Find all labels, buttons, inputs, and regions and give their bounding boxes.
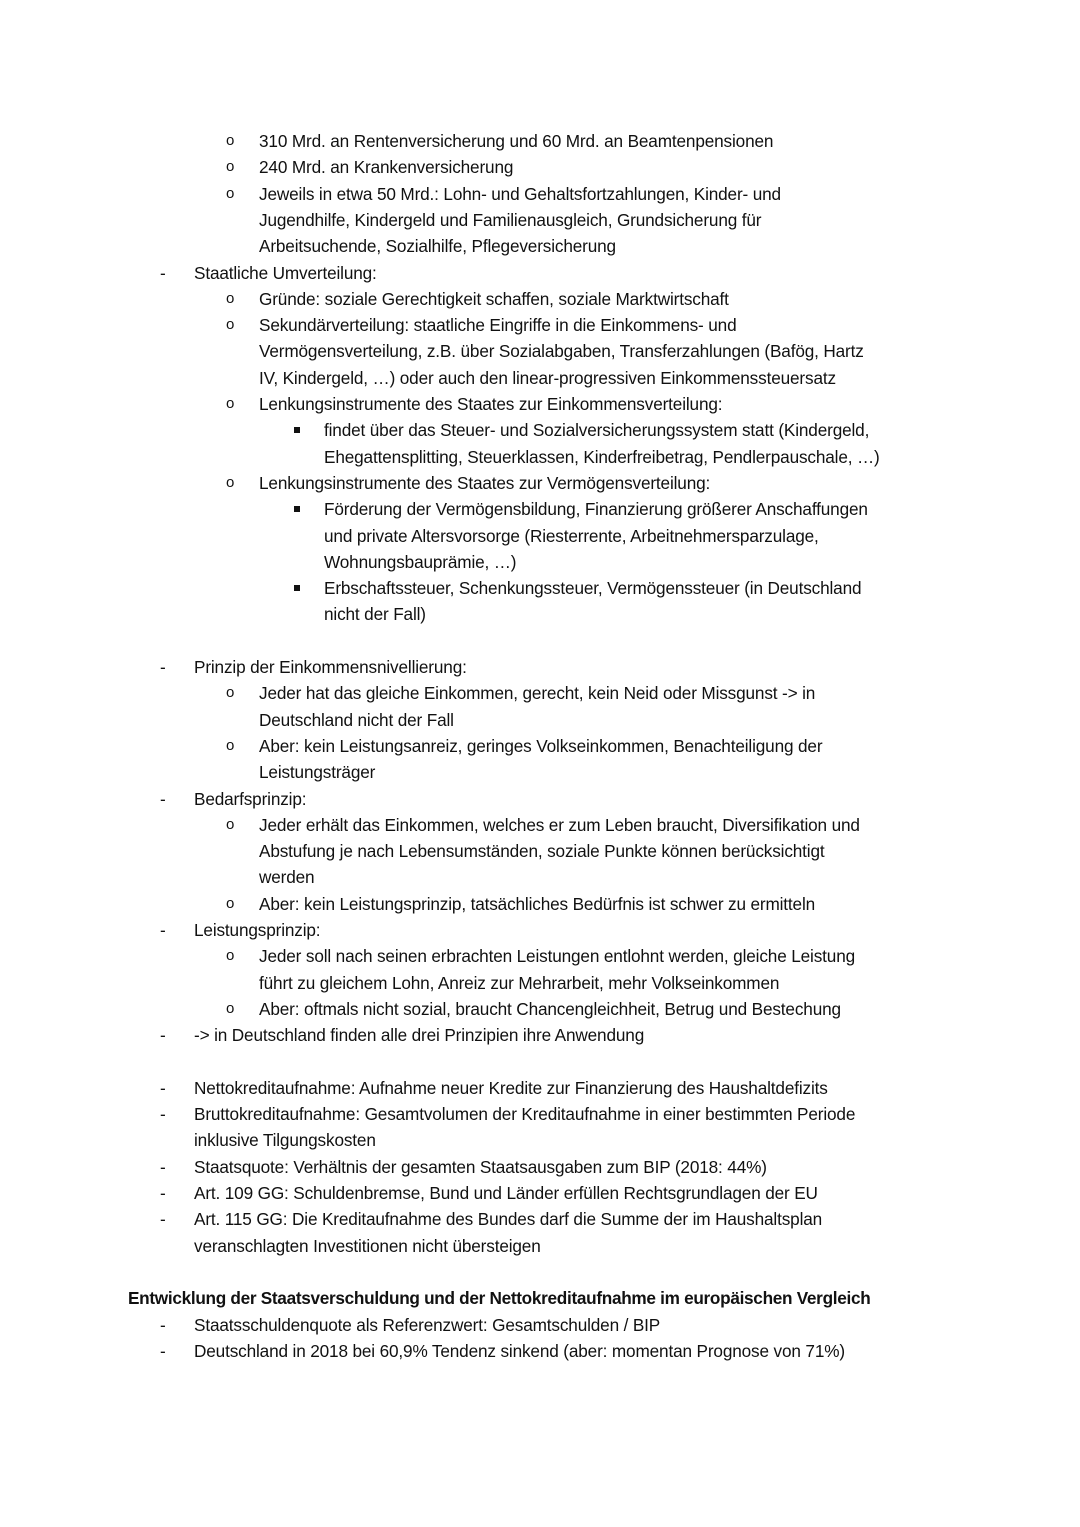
list-item-text: Sekundärverteilung: staatliche Eingriffe… bbox=[259, 312, 736, 338]
square-bullet-icon bbox=[294, 427, 300, 433]
list-item-text: und private Altersvorsorge (Riesterrente… bbox=[324, 523, 819, 549]
list-item-text: -> in Deutschland finden alle drei Prinz… bbox=[194, 1022, 644, 1048]
square-bullet-icon bbox=[294, 585, 300, 591]
list-item-text: nicht der Fall) bbox=[324, 601, 426, 627]
circle-bullet-icon: o bbox=[226, 286, 234, 312]
circle-bullet-icon: o bbox=[226, 891, 234, 917]
list-item-text: Art. 115 GG: Die Kreditaufnahme des Bund… bbox=[194, 1206, 822, 1232]
list-item-text: veranschlagten Investitionen nicht übers… bbox=[194, 1233, 541, 1259]
dash-bullet-icon: - bbox=[160, 1022, 166, 1048]
list-item-text: Jugendhilfe, Kindergeld und Familienausg… bbox=[259, 207, 761, 233]
list-item-text: Jeweils in etwa 50 Mrd.: Lohn- und Gehal… bbox=[259, 181, 781, 207]
list-item-text: findet über das Steuer- und Sozialversic… bbox=[324, 417, 869, 443]
circle-bullet-icon: o bbox=[226, 996, 234, 1022]
dash-bullet-icon: - bbox=[160, 917, 166, 943]
dash-bullet-icon: - bbox=[160, 1154, 166, 1180]
list-item-text: Aber: oftmals nicht sozial, braucht Chan… bbox=[259, 996, 841, 1022]
dash-bullet-icon: - bbox=[160, 1206, 166, 1232]
list-item-text: Erbschaftssteuer, Schenkungssteuer, Verm… bbox=[324, 575, 861, 601]
list-item-text: führt zu gleichem Lohn, Anreiz zur Mehra… bbox=[259, 970, 779, 996]
list-item-text: Wohnungsbauprämie, …) bbox=[324, 549, 516, 575]
circle-bullet-icon: o bbox=[226, 733, 234, 759]
list-item-text: Deutschland in 2018 bei 60,9% Tendenz si… bbox=[194, 1338, 845, 1364]
list-item-text: Lenkungsinstrumente des Staates zur Verm… bbox=[259, 470, 710, 496]
list-item-text: Bedarfsprinzip: bbox=[194, 786, 306, 812]
list-item-text: Vermögensverteilung, z.B. über Sozialabg… bbox=[259, 338, 864, 364]
list-item-text: Bruttokreditaufnahme: Gesamtvolumen der … bbox=[194, 1101, 855, 1127]
dash-bullet-icon: - bbox=[160, 1312, 166, 1338]
document-page: o310 Mrd. an Rentenversicherung und 60 M… bbox=[0, 0, 1080, 1527]
list-item-text: Jeder soll nach seinen erbrachten Leistu… bbox=[259, 943, 855, 969]
list-item-text: 310 Mrd. an Rentenversicherung und 60 Mr… bbox=[259, 128, 773, 154]
dash-bullet-icon: - bbox=[160, 1338, 166, 1364]
circle-bullet-icon: o bbox=[226, 181, 234, 207]
list-item-text: inklusive Tilgungskosten bbox=[194, 1127, 376, 1153]
list-item-text: Jeder erhält das Einkommen, welches er z… bbox=[259, 812, 860, 838]
list-item-text: Staatsquote: Verhältnis der gesamten Sta… bbox=[194, 1154, 767, 1180]
heading-text: Entwicklung der Staatsverschuldung und d… bbox=[128, 1285, 870, 1311]
list-item-text: Deutschland nicht der Fall bbox=[259, 707, 454, 733]
list-item-text: Förderung der Vermögensbildung, Finanzie… bbox=[324, 496, 868, 522]
list-item-text: IV, Kindergeld, …) oder auch den linear-… bbox=[259, 365, 836, 391]
list-item-text: Aber: kein Leistungsprinzip, tatsächlich… bbox=[259, 891, 815, 917]
list-item-text: werden bbox=[259, 864, 314, 890]
dash-bullet-icon: - bbox=[160, 1180, 166, 1206]
list-item-text: Jeder hat das gleiche Einkommen, gerecht… bbox=[259, 680, 815, 706]
list-item-text: Arbeitsuchende, Sozialhilfe, Pflegeversi… bbox=[259, 233, 616, 259]
list-item-text: Lenkungsinstrumente des Staates zur Eink… bbox=[259, 391, 722, 417]
list-item-text: 240 Mrd. an Krankenversicherung bbox=[259, 154, 513, 180]
circle-bullet-icon: o bbox=[226, 128, 234, 154]
circle-bullet-icon: o bbox=[226, 680, 234, 706]
dash-bullet-icon: - bbox=[160, 786, 166, 812]
list-item-text: Leistungsträger bbox=[259, 759, 375, 785]
list-item-text: Leistungsprinzip: bbox=[194, 917, 320, 943]
circle-bullet-icon: o bbox=[226, 812, 234, 838]
list-item-text: Abstufung je nach Lebensumständen, sozia… bbox=[259, 838, 825, 864]
list-item-text: Prinzip der Einkommensnivellierung: bbox=[194, 654, 467, 680]
list-item-text: Gründe: soziale Gerechtigkeit schaffen, … bbox=[259, 286, 729, 312]
list-item-text: Art. 109 GG: Schuldenbremse, Bund und Lä… bbox=[194, 1180, 818, 1206]
circle-bullet-icon: o bbox=[226, 470, 234, 496]
list-item-text: Staatliche Umverteilung: bbox=[194, 260, 377, 286]
list-item-text: Staatsschuldenquote als Referenzwert: Ge… bbox=[194, 1312, 660, 1338]
dash-bullet-icon: - bbox=[160, 260, 166, 286]
circle-bullet-icon: o bbox=[226, 943, 234, 969]
square-bullet-icon bbox=[294, 506, 300, 512]
dash-bullet-icon: - bbox=[160, 654, 166, 680]
circle-bullet-icon: o bbox=[226, 391, 234, 417]
circle-bullet-icon: o bbox=[226, 312, 234, 338]
list-item-text: Ehegattensplitting, Steuerklassen, Kinde… bbox=[324, 444, 880, 470]
circle-bullet-icon: o bbox=[226, 154, 234, 180]
dash-bullet-icon: - bbox=[160, 1075, 166, 1101]
list-item-text: Aber: kein Leistungsanreiz, geringes Vol… bbox=[259, 733, 822, 759]
list-item-text: Nettokreditaufnahme: Aufnahme neuer Kred… bbox=[194, 1075, 828, 1101]
dash-bullet-icon: - bbox=[160, 1101, 166, 1127]
